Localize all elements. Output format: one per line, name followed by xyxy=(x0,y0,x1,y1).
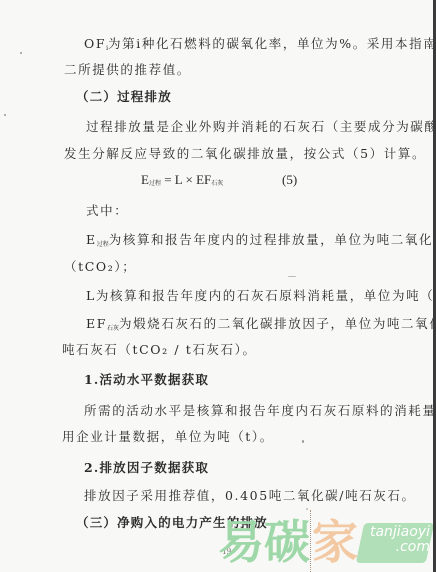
e-symbol: E xyxy=(86,232,97,247)
paragraph-emission-factor: 排放因子采用推荐值，0.405吨二氧化碳/吨石灰石。 xyxy=(84,488,416,504)
ef-definition-text: 为煅烧石灰石的二氧化碳排放因子，单位为吨二氧化碳 / xyxy=(119,316,436,331)
paragraph-activity-line2: 用企业计量数据，单位为吨（t）。 xyxy=(62,429,274,445)
ef-subscript: 石灰 xyxy=(107,325,119,332)
paragraph-activity-line1: 所需的活动水平是核算和报告年度内石灰石原料的消耗量，采 xyxy=(84,403,436,419)
section-heading-purchased-electricity: （三）净购入的电力产生的排放 xyxy=(76,515,268,531)
paragraph-oxidation-rate-line1: OFi为第i种化石燃料的碳氧化率，单位为%。采用本指南附录 xyxy=(84,36,436,57)
scan-speck xyxy=(306,508,308,510)
where-label: 式中： xyxy=(86,203,128,219)
e-subscript: 过程 xyxy=(97,241,109,248)
paragraph-process-line2: 发生分解反应导致的二氧化碳排放量，按公式（5）计算。 xyxy=(64,146,426,162)
formula-expression: = L × EF xyxy=(161,172,211,187)
definition-ef: EF石灰为煅烧石灰石的二氧化碳排放因子，单位为吨二氧化碳 / xyxy=(86,316,436,337)
scan-speck xyxy=(20,52,22,54)
formula-rhs-subscript: 石灰 xyxy=(211,181,223,187)
definition-e-unit: （tCO₂）； xyxy=(64,259,136,275)
formula-5: E过程 = L × EF石灰 xyxy=(141,172,223,188)
definition-ef-unit: 吨石灰石（tCO₂ / t石灰石）。 xyxy=(62,342,257,358)
scan-speck xyxy=(4,114,6,116)
paragraph-process-line1: 过程排放量是企业外购并消耗的石灰石（主要成分为碳酸钙） xyxy=(86,119,436,135)
of-symbol: OF xyxy=(84,36,106,51)
definition-l: L为核算和报告年度内的石灰石原料消耗量，单位为吨（t）； xyxy=(86,288,436,304)
formula-number: (5) xyxy=(282,172,297,188)
formula-lhs: E xyxy=(141,172,149,187)
page-number: 19 xyxy=(222,546,231,556)
document-page: OFi为第i种化石燃料的碳氧化率，单位为%。采用本指南附录 二所提供的推荐值。 … xyxy=(0,0,433,572)
e-definition-text: 为核算和报告年度内的过程排放量，单位为吨二氧化碳 xyxy=(109,232,436,247)
subheading-emission-factor: 2.排放因子数据获取 xyxy=(84,460,209,476)
subheading-activity-data: 1.活动水平数据获取 xyxy=(84,372,209,388)
ef-symbol: EF xyxy=(86,316,107,331)
section-heading-process-emissions: （二）过程排放 xyxy=(76,89,172,105)
definition-e-process: E过程为核算和报告年度内的过程排放量，单位为吨二氧化碳 xyxy=(86,232,436,253)
handwritten-marks xyxy=(310,510,317,572)
scan-speck xyxy=(302,440,304,443)
oxidation-rate-text: 为第i种化石燃料的碳氧化率，单位为%。采用本指南附录 xyxy=(108,36,436,51)
paragraph-oxidation-rate-line2: 二所提供的推荐值。 xyxy=(64,62,191,78)
formula-lhs-subscript: 过程 xyxy=(149,181,161,187)
scan-speck xyxy=(288,276,296,277)
